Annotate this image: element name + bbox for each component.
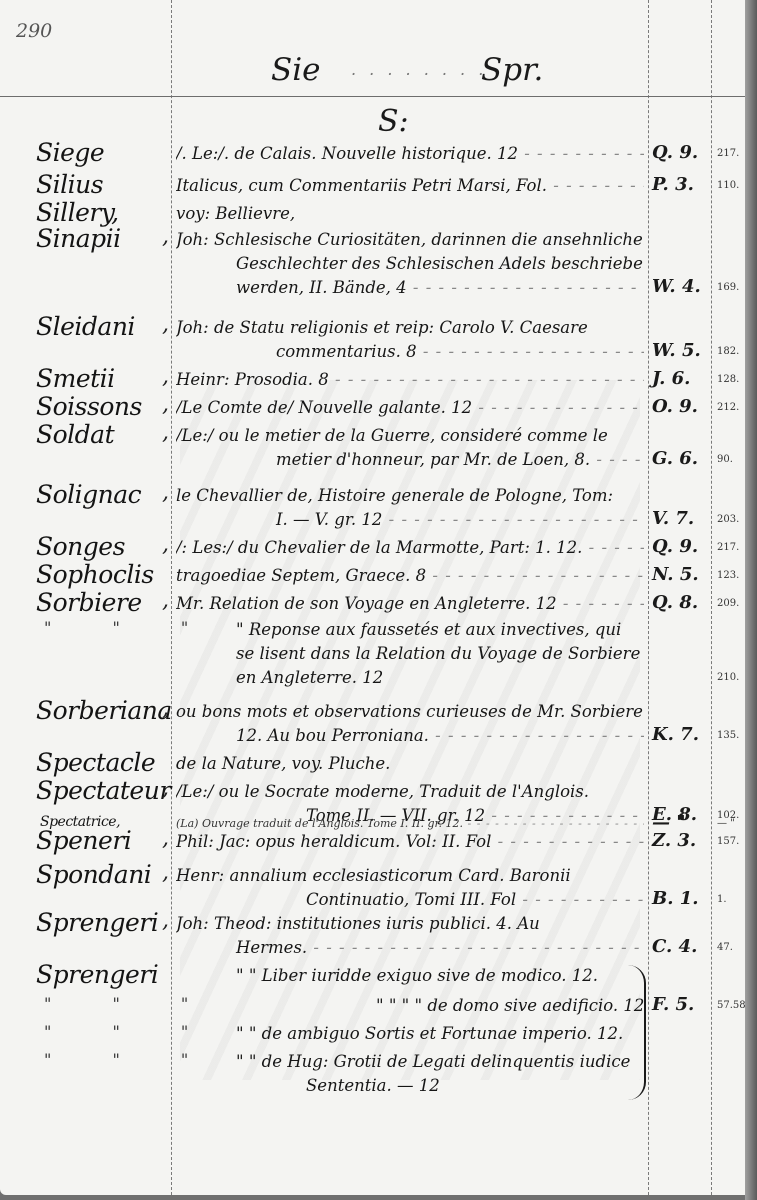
entry-heading: " " " <box>44 994 180 1013</box>
entry-heading: Soldat <box>36 420 172 449</box>
description-line: metier d'honneur, par Mr. de Loen, 8. <box>176 448 644 472</box>
page-reference: 217. <box>717 542 746 553</box>
shelfmark: V. 7. <box>652 508 710 529</box>
entry-heading: Sorberiana <box>36 696 172 725</box>
description-line: Hermes. <box>176 936 644 960</box>
entry-comma: , <box>162 224 169 249</box>
description-line: " Reponse aux faussetés et aux invective… <box>176 618 644 642</box>
shelfmark: G. 6. <box>652 448 710 469</box>
description-line: " " de ambiguo Sortis et Fortunae imperi… <box>176 1022 644 1046</box>
description-line: " " " " de domo sive aedificio. 12. <box>176 994 644 1018</box>
entry-description: de la Nature, voy. Pluche. <box>176 752 644 776</box>
entry-description: voy: Bellievre, <box>176 202 644 226</box>
entry-description: Joh: de Statu religionis et reip: Carolo… <box>176 316 644 364</box>
entry-heading: Spondani <box>36 860 172 889</box>
description-line: I. — V. gr. 12 <box>176 508 644 532</box>
entry-description: " Reponse aux faussetés et aux invective… <box>176 618 644 690</box>
entry-heading: Spectacle <box>36 748 172 777</box>
page-reference: 1. <box>717 894 746 905</box>
description-line: Henr: annalium ecclesiasticorum Card. Ba… <box>176 864 644 888</box>
entry-comma: , <box>162 908 169 933</box>
description-line: Joh: Schlesische Curiositäten, darinnen … <box>176 228 644 252</box>
entry-heading: Speneri <box>36 826 172 855</box>
entry-description: Joh: Theod: institutiones iuris publici.… <box>176 912 644 960</box>
shelfmark: N. 5. <box>652 564 710 585</box>
entry-heading: Spectateur <box>36 776 172 805</box>
description-line: en Angleterre. 12 <box>176 666 644 690</box>
entry-heading: Sinapii <box>36 224 172 253</box>
entry-description: /: Les:/ du Chevalier de la Marmotte, Pa… <box>176 536 644 560</box>
entry-comma: , <box>162 696 169 721</box>
description-line: Sententia. — 12 <box>176 1074 644 1098</box>
entry-heading: Sorbiere <box>36 588 172 617</box>
entry-heading: " " " <box>44 618 180 637</box>
description-line: Italicus, cum Commentariis Petri Marsi, … <box>176 174 644 198</box>
description-line: " " Liber iuridde exiguo sive de modico.… <box>176 964 644 988</box>
shelfmark: Q. 8. <box>652 592 710 613</box>
shelfmark: Z. 3. <box>652 830 710 851</box>
entry-comma: , <box>162 480 169 505</box>
entry-heading: Sleidani <box>36 312 172 341</box>
description-line: Joh: de Statu religionis et reip: Carolo… <box>176 316 644 340</box>
entry-description: " " " " de domo sive aedificio. 12. <box>176 994 644 1018</box>
entry-description: Mr. Relation de son Voyage en Angleterre… <box>176 592 644 616</box>
page-reference: — " <box>717 818 746 829</box>
entry-heading: Smetii <box>36 364 172 393</box>
page-reference: 217. <box>717 148 746 159</box>
shelfmark: F. 5. <box>652 994 710 1015</box>
entry-comma: , <box>162 776 169 801</box>
catalogue-page: 290 Sie . . . . . . . . Spr. S: Siege/. … <box>0 0 746 1195</box>
entry-heading: Sprengeri <box>36 960 172 989</box>
description-line: Geschlechter des Schlesischen Adels besc… <box>176 252 644 276</box>
shelfmark: B. 1. <box>652 888 710 909</box>
entry-description: /. Le:/. de Calais. Nouvelle historique.… <box>176 142 644 166</box>
entry-heading: " " " <box>44 1022 180 1041</box>
description-line: werden, II. Bände, 4 <box>176 276 644 300</box>
page-reference: 209. <box>717 598 746 609</box>
entry-heading: Soissons <box>36 392 172 421</box>
page-reference: 135. <box>717 730 746 741</box>
shelfmark: O. 9. <box>652 396 710 417</box>
page-reference: 110. <box>717 180 746 191</box>
page-reference: 123. <box>717 570 746 581</box>
entry-description: " " de ambiguo Sortis et Fortunae imperi… <box>176 1022 644 1046</box>
entry-description: le Chevallier de, Histoire generale de P… <box>176 484 644 532</box>
entry-heading: Silius <box>36 170 172 199</box>
entry-description: Phil: Jac: opus heraldicum. Vol: II. Fol <box>176 830 644 854</box>
entry-comma: , <box>162 312 169 337</box>
entry-description: ou bons mots et observations curieuses d… <box>176 700 644 748</box>
description-line: /: Les:/ du Chevalier de la Marmotte, Pa… <box>176 536 644 560</box>
shelfmark: Q. 9. <box>652 142 710 163</box>
description-line: Phil: Jac: opus heraldicum. Vol: II. Fol <box>176 830 644 854</box>
entry-description: Heinr: Prosodia. 8 <box>176 368 644 392</box>
entry-description: /Le Comte de/ Nouvelle galante. 12 <box>176 396 644 420</box>
entry-description: " " de Hug: Grotii de Legati delinquenti… <box>176 1050 644 1098</box>
page-reference: 47. <box>717 942 746 953</box>
entry-heading: Solignac <box>36 480 172 509</box>
description-line: tragoediae Septem, Graece. 8 <box>176 564 644 588</box>
description-line: ou bons mots et observations curieuses d… <box>176 700 644 724</box>
shelfmark: J. 6. <box>652 368 710 389</box>
description-line: /Le Comte de/ Nouvelle galante. 12 <box>176 396 644 420</box>
entry-description: " " Liber iuridde exiguo sive de modico.… <box>176 964 644 988</box>
shelfmark: Q. 9. <box>652 536 710 557</box>
page-reference: 57.58. <box>717 1000 746 1011</box>
description-line: /. Le:/. de Calais. Nouvelle historique.… <box>176 142 644 166</box>
entry-comma: , <box>162 392 169 417</box>
description-line: le Chevallier de, Histoire generale de P… <box>176 484 644 508</box>
entry-comma: , <box>162 364 169 389</box>
page-reference: 90. <box>717 454 746 465</box>
grouping-brace <box>624 965 646 1100</box>
shelfmark: W. 5. <box>652 340 710 361</box>
entry-description: Joh: Schlesische Curiositäten, darinnen … <box>176 228 644 300</box>
entry-heading: Songes <box>36 532 172 561</box>
entry-heading: " " " <box>44 1050 180 1069</box>
entry-heading: Sillery, <box>36 198 172 227</box>
page-reference: 182. <box>717 346 746 357</box>
page-reference: 212. <box>717 402 746 413</box>
page-reference: 157. <box>717 836 746 847</box>
entry-description: Henr: annalium ecclesiasticorum Card. Ba… <box>176 864 644 912</box>
page-reference: 128. <box>717 374 746 385</box>
shelfmark: C. 4. <box>652 936 710 957</box>
shelfmark: P. 3. <box>652 174 710 195</box>
description-line: Joh: Theod: institutiones iuris publici.… <box>176 912 644 936</box>
entry-comma: , <box>162 420 169 445</box>
description-line: /Le:/ ou le Socrate moderne, Traduit de … <box>176 780 644 804</box>
shelfmark: K. 7. <box>652 724 710 745</box>
entry-comma: , <box>162 588 169 613</box>
entry-heading: Sprengeri <box>36 908 172 937</box>
entry-description: Italicus, cum Commentariis Petri Marsi, … <box>176 174 644 198</box>
page-reference: 210. <box>717 672 746 683</box>
entry-heading: Sophoclis <box>36 560 172 589</box>
entry-comma: , <box>162 860 169 885</box>
description-line: Mr. Relation de son Voyage en Angleterre… <box>176 592 644 616</box>
page-reference: 169. <box>717 282 746 293</box>
page-reference: 203. <box>717 514 746 525</box>
entry-description: tragoediae Septem, Graece. 8 <box>176 564 644 588</box>
page-edge <box>745 0 757 1200</box>
description-line: /Le:/ ou le metier de la Guerre, conside… <box>176 424 644 448</box>
shelfmark: W. 4. <box>652 276 710 297</box>
description-line: de la Nature, voy. Pluche. <box>176 752 644 776</box>
description-line: se lisent dans la Relation du Voyage de … <box>176 642 644 666</box>
description-line: Heinr: Prosodia. 8 <box>176 368 644 392</box>
entry-comma: , <box>162 532 169 557</box>
description-line: commentarius. 8 <box>176 340 644 364</box>
description-line: " " de Hug: Grotii de Legati delinquenti… <box>176 1050 644 1074</box>
description-line: voy: Bellievre, <box>176 202 644 226</box>
entry-heading: Siege <box>36 138 172 167</box>
entry-description: /Le:/ ou le metier de la Guerre, conside… <box>176 424 644 472</box>
description-line: 12. Au bou Perroniana. <box>176 724 644 748</box>
description-line: Continuatio, Tomi III. Fol <box>176 888 644 912</box>
entry-comma: , <box>162 826 169 851</box>
